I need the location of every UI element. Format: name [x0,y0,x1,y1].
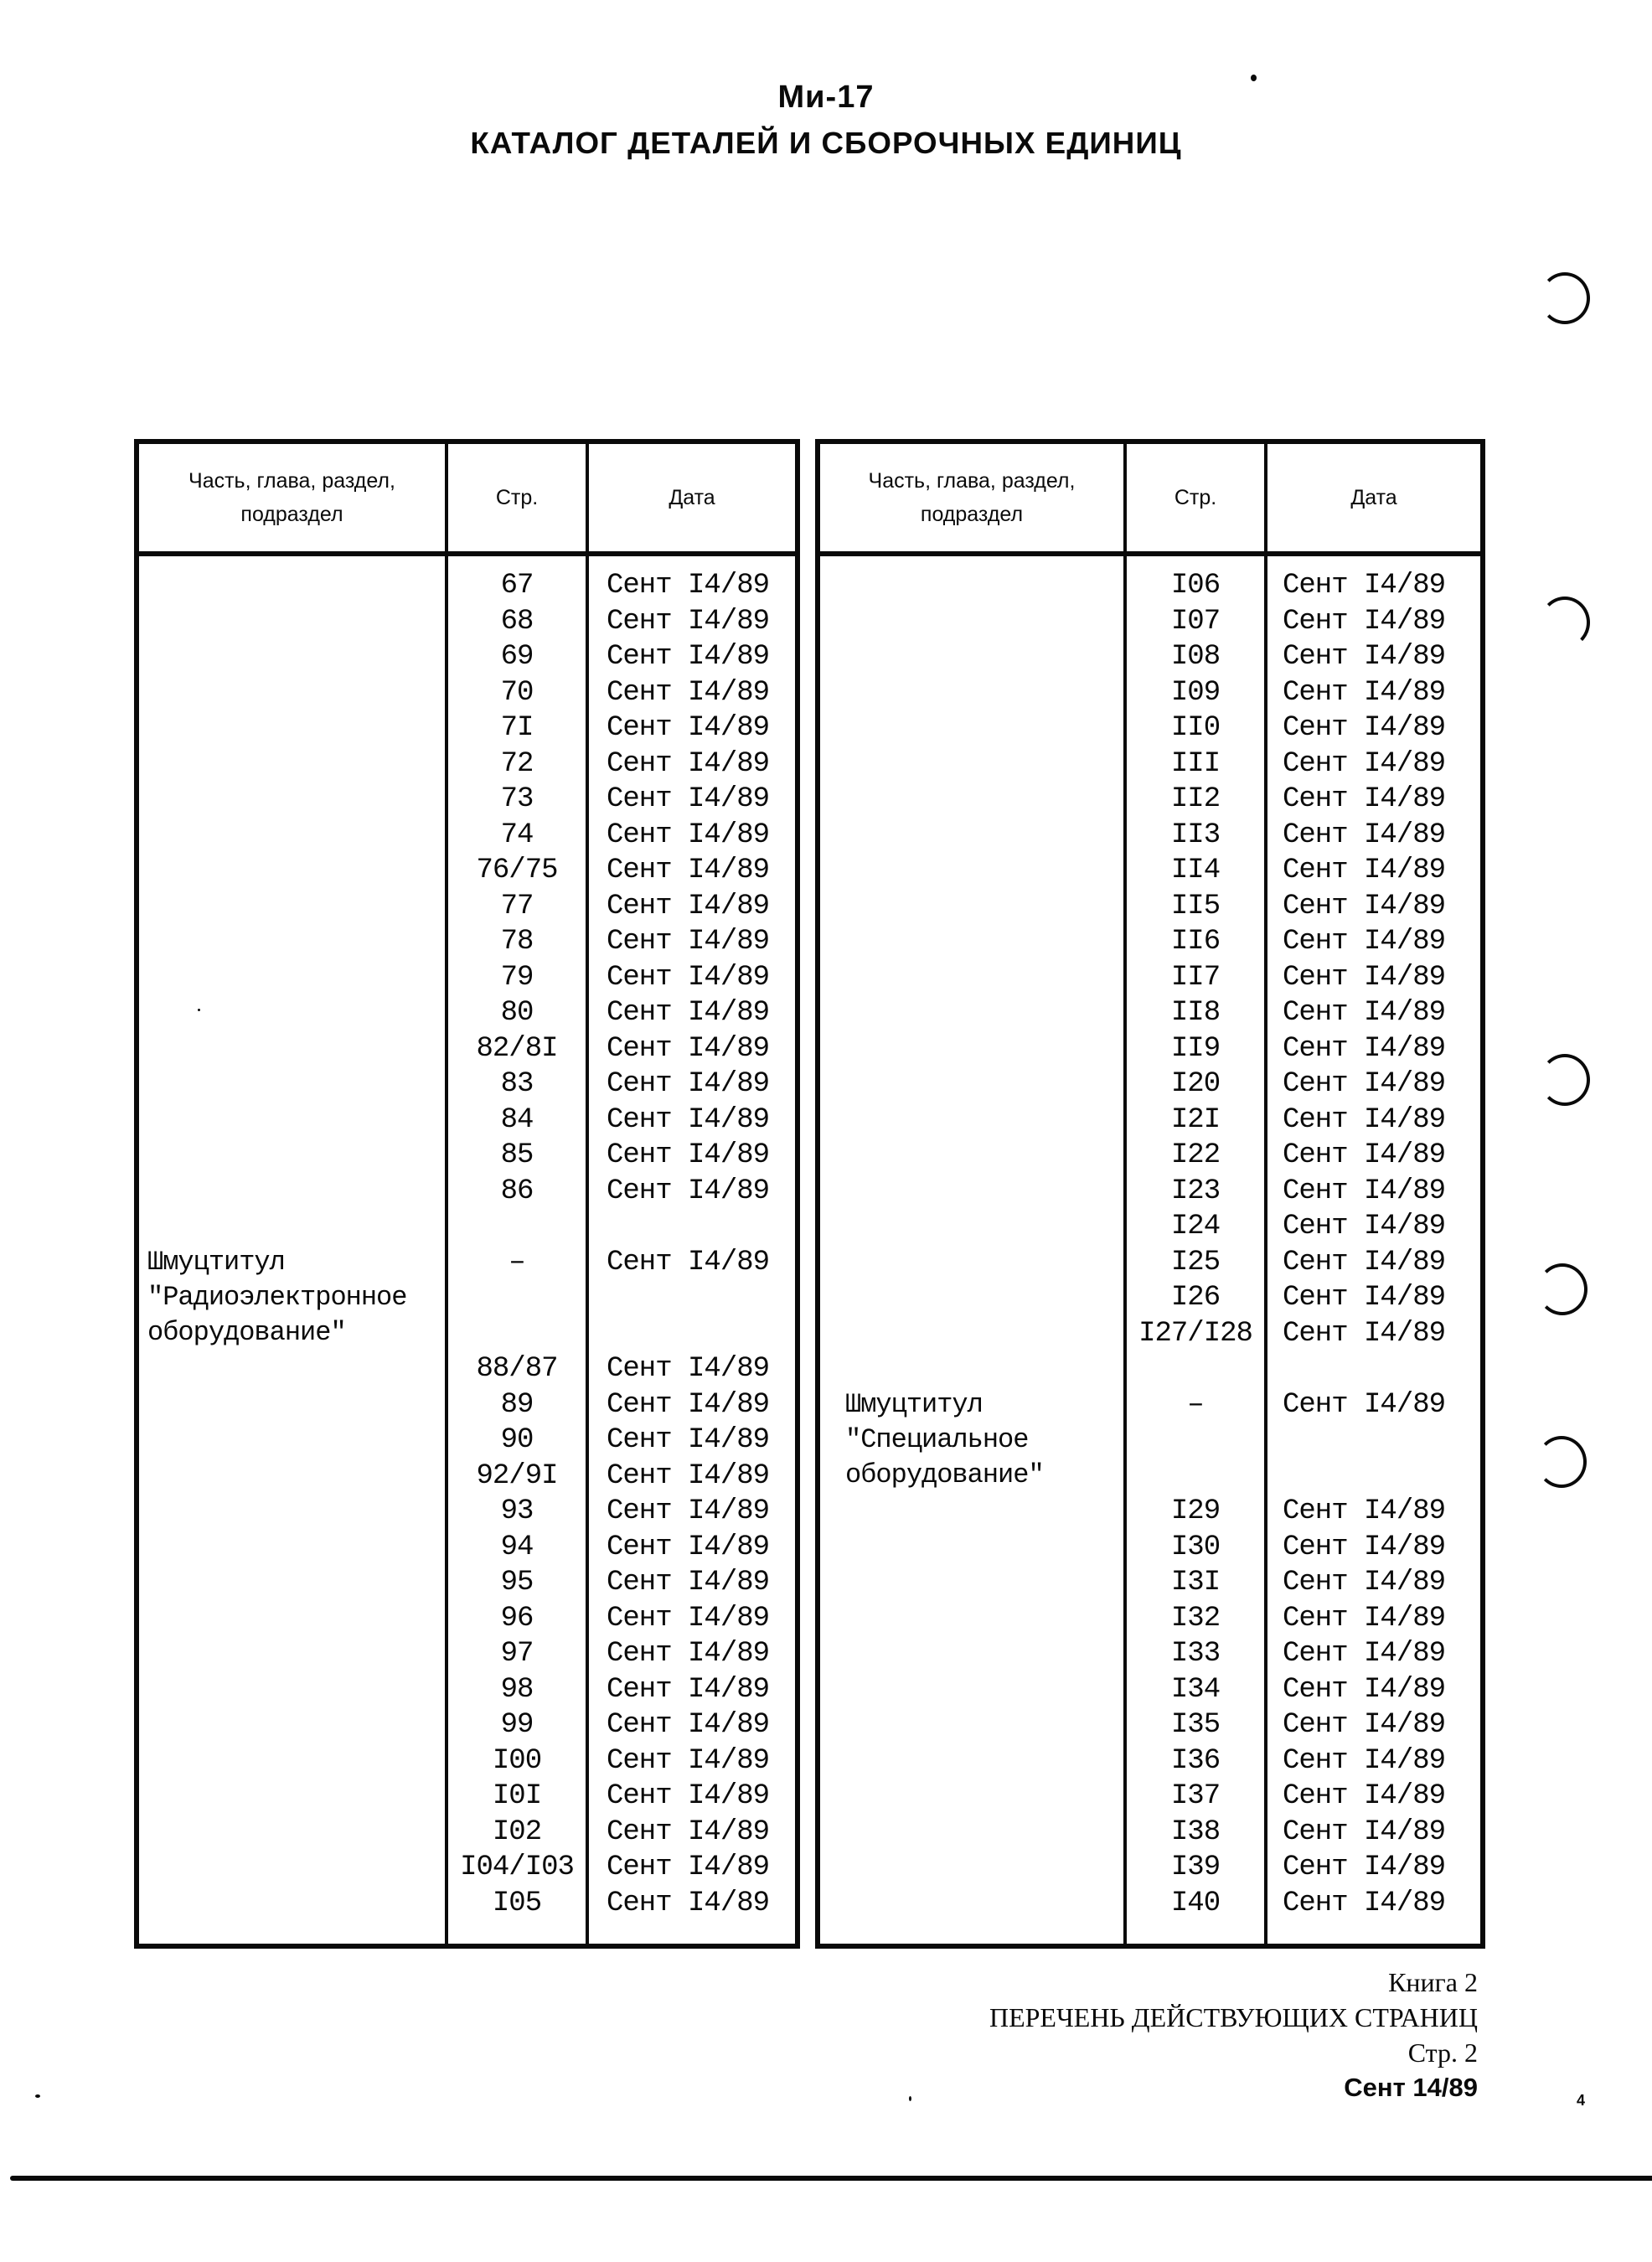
page-number: 98 [448,1672,586,1707]
page-number: 90 [448,1423,586,1458]
column-header-date: Дата [1267,444,1480,551]
page-number: 74 [448,818,586,853]
page-number: II6 [1127,924,1264,959]
page-number: II4 [1127,853,1264,888]
page-number: I07 [1127,604,1264,639]
section-title: Шмуцтитул "Радиоэлектронное оборудование… [147,1245,406,1350]
revision-date: Сент I4/89 [1283,1815,1445,1850]
revision-date: Сент I4/89 [607,1779,769,1814]
revision-date: Сент I4/89 [607,675,769,710]
revision-date: Сент I4/89 [1283,1316,1445,1351]
page-number: 67 [448,568,586,603]
page-number: I38 [1127,1815,1264,1850]
page-number: 94 [448,1530,586,1565]
revision-date: Сент I4/89 [1283,1636,1445,1671]
page-number: 79 [448,960,586,995]
header-separator [139,551,795,556]
revision-date: Сент I4/89 [607,1351,769,1387]
revision-date: Сент I4/89 [1283,818,1445,853]
revision-date: Сент I4/89 [607,1245,769,1280]
page-number: II7 [1127,960,1264,995]
page-number: I35 [1127,1707,1264,1743]
revision-date: Сент I4/89 [607,1031,769,1066]
revision-date: Сент I4/89 [1283,675,1445,710]
page-number: 95 [448,1565,586,1600]
revision-date: Сент I4/89 [607,853,769,888]
revision-date: Сент I4/89 [607,710,769,746]
revision-date: Сент I4/89 [607,1815,769,1850]
page-number: 99 [448,1707,586,1743]
page-footer: Книга 2 ПЕРЕЧЕНЬ ДЕЙСТВУЮЩИХ СТРАНИЦ Стр… [989,1965,1478,2105]
page-number: I26 [1127,1280,1264,1315]
revision-date: Сент I4/89 [607,1103,769,1138]
column-header-section: Часть, глава, раздел, подраздел [820,444,1123,551]
binder-hole-icon [1540,272,1590,324]
revision-date: Сент I4/89 [607,1636,769,1671]
page-number: I04/I03 [448,1850,586,1885]
revision-date: Сент I4/89 [1283,1886,1445,1921]
header-separator [820,551,1480,556]
page-number: 82/8I [448,1031,586,1066]
page-number: I05 [448,1886,586,1921]
revision-date: Сент I4/89 [1283,1494,1445,1529]
binder-hole-icon [1540,596,1590,648]
page-number: 93 [448,1494,586,1529]
page-number: II0 [1127,710,1264,746]
page-number: 76/75 [448,853,586,888]
revision-date: Сент I4/89 [1283,1280,1445,1315]
page-number: II2 [1127,782,1264,817]
revision-date: Сент I4/89 [1283,746,1445,782]
sheet-mark: 4 [1577,2092,1585,2110]
page-number: 80 [448,995,586,1030]
effective-pages-table-left: Часть, глава, раздел, подраздел Стр. Дат… [134,439,800,1949]
page-number: I32 [1127,1601,1264,1636]
page-number: 77 [448,889,586,924]
page-number: I2I [1127,1103,1264,1138]
page-number: 70 [448,675,586,710]
page-number: I24 [1127,1209,1264,1244]
page-number: 78 [448,924,586,959]
page-number: I34 [1127,1672,1264,1707]
page-number: 97 [448,1636,586,1671]
page-number: 72 [448,746,586,782]
page-number: I37 [1127,1779,1264,1814]
page-number: 83 [448,1066,586,1102]
page-number: II5 [1127,889,1264,924]
binder-hole-icon [1536,1436,1587,1488]
page-number: I20 [1127,1066,1264,1102]
column-header-page: Стр. [448,444,586,551]
revision-date: Сент I4/89 [1283,924,1445,959]
page-number: I23 [1127,1174,1264,1209]
revision-date: Сент I4/89 [607,1530,769,1565]
revision-date: Сент I4/89 [607,1672,769,1707]
revision-date: Сент I4/89 [1283,1672,1445,1707]
column-header-page: Стр. [1127,444,1264,551]
binder-hole-icon [1540,1054,1590,1106]
page-number: I00 [448,1743,586,1779]
page-number: I0I [448,1779,586,1814]
footer-page-number: Стр. 2 [989,2035,1478,2070]
section-title: Шмуцтитул "Специальное оборудование" [845,1387,1044,1493]
page-number: – [1127,1387,1264,1423]
revision-date: Сент I4/89 [1283,1779,1445,1814]
page-number: I25 [1127,1245,1264,1280]
revision-date: Сент I4/89 [1283,1209,1445,1244]
page-number: II9 [1127,1031,1264,1066]
aircraft-model-title: Ми-17 [0,80,1652,116]
revision-date: Сент I4/89 [1283,1174,1445,1209]
revision-date: Сент I4/89 [607,818,769,853]
column-header-date: Дата [589,444,795,551]
page-number: I33 [1127,1636,1264,1671]
revision-date: Сент I4/89 [1283,782,1445,817]
revision-date: Сент I4/89 [1283,1245,1445,1280]
page-number: 88/87 [448,1351,586,1387]
page-number: I08 [1127,639,1264,674]
revision-date: Сент I4/89 [607,1707,769,1743]
footer-list-title: ПЕРЕЧЕНЬ ДЕЙСТВУЮЩИХ СТРАНИЦ [989,2000,1478,2035]
scan-speck [198,1009,200,1011]
footer-date: Сент 14/89 [989,2070,1478,2105]
revision-date: Сент I4/89 [607,604,769,639]
page-number: I06 [1127,568,1264,603]
revision-date: Сент I4/89 [1283,960,1445,995]
page-number: III [1127,746,1264,782]
page-number: 68 [448,604,586,639]
column-header-section: Часть, глава, раздел, подраздел [139,444,445,551]
revision-date: Сент I4/89 [607,568,769,603]
page-number: II8 [1127,995,1264,1030]
page-number: 69 [448,639,586,674]
column-divider [1264,444,1267,1944]
revision-date: Сент I4/89 [607,1138,769,1173]
page-number: 84 [448,1103,586,1138]
revision-date: Сент I4/89 [607,889,769,924]
revision-date: Сент I4/89 [607,1743,769,1779]
revision-date: Сент I4/89 [1283,1601,1445,1636]
scan-speck [1251,75,1257,81]
revision-date: Сент I4/89 [607,1601,769,1636]
page-number: 86 [448,1174,586,1209]
revision-date: Сент I4/89 [607,746,769,782]
catalog-title: КАТАЛОГ ДЕТАЛЕЙ И СБОРОЧНЫХ ЕДИНИЦ [0,126,1652,161]
revision-date: Сент I4/89 [607,995,769,1030]
page-number: I02 [448,1815,586,1850]
scan-speck [909,2096,911,2101]
revision-date: Сент I4/89 [1283,1138,1445,1173]
page-number: 85 [448,1138,586,1173]
page-number: 96 [448,1601,586,1636]
page-number: II3 [1127,818,1264,853]
revision-date: Сент I4/89 [607,1886,769,1921]
revision-date: Сент I4/89 [1283,1707,1445,1743]
revision-date: Сент I4/89 [1283,1743,1445,1779]
revision-date: Сент I4/89 [1283,568,1445,603]
page-number: – [448,1245,586,1280]
page-number: I39 [1127,1850,1264,1885]
revision-date: Сент I4/89 [1283,889,1445,924]
page-number: I22 [1127,1138,1264,1173]
revision-date: Сент I4/89 [1283,1850,1445,1885]
page-number: I29 [1127,1494,1264,1529]
revision-date: Сент I4/89 [607,1850,769,1885]
revision-date: Сент I4/89 [607,1066,769,1102]
page-number: I30 [1127,1530,1264,1565]
revision-date: Сент I4/89 [607,1387,769,1423]
revision-date: Сент I4/89 [607,1459,769,1494]
revision-date: Сент I4/89 [607,782,769,817]
revision-date: Сент I4/89 [1283,1565,1445,1600]
revision-date: Сент I4/89 [607,960,769,995]
revision-date: Сент I4/89 [1283,604,1445,639]
revision-date: Сент I4/89 [607,1423,769,1458]
page-number: 89 [448,1387,586,1423]
page-number: I09 [1127,675,1264,710]
effective-pages-table-right: Часть, глава, раздел, подраздел Стр. Дат… [815,439,1485,1949]
revision-date: Сент I4/89 [1283,639,1445,674]
page-number: I27/I28 [1127,1316,1264,1351]
revision-date: Сент I4/89 [607,1174,769,1209]
column-divider [586,444,589,1944]
revision-date: Сент I4/89 [607,1494,769,1529]
page-number: I36 [1127,1743,1264,1779]
scan-speck [35,2094,40,2098]
page-number: 7I [448,710,586,746]
revision-date: Сент I4/89 [1283,1387,1445,1423]
page-number: 73 [448,782,586,817]
revision-date: Сент I4/89 [1283,1066,1445,1102]
page-number: 92/9I [448,1459,586,1494]
footer-book: Книга 2 [989,1965,1478,2000]
revision-date: Сент I4/89 [1283,1103,1445,1138]
revision-date: Сент I4/89 [1283,1031,1445,1066]
binder-hole-icon [1537,1263,1587,1315]
revision-date: Сент I4/89 [1283,1530,1445,1565]
bottom-rule [10,2176,1652,2181]
revision-date: Сент I4/89 [1283,710,1445,746]
revision-date: Сент I4/89 [1283,995,1445,1030]
page-number: I3I [1127,1565,1264,1600]
revision-date: Сент I4/89 [607,639,769,674]
revision-date: Сент I4/89 [1283,853,1445,888]
page-number: I40 [1127,1886,1264,1921]
revision-date: Сент I4/89 [607,924,769,959]
revision-date: Сент I4/89 [607,1565,769,1600]
